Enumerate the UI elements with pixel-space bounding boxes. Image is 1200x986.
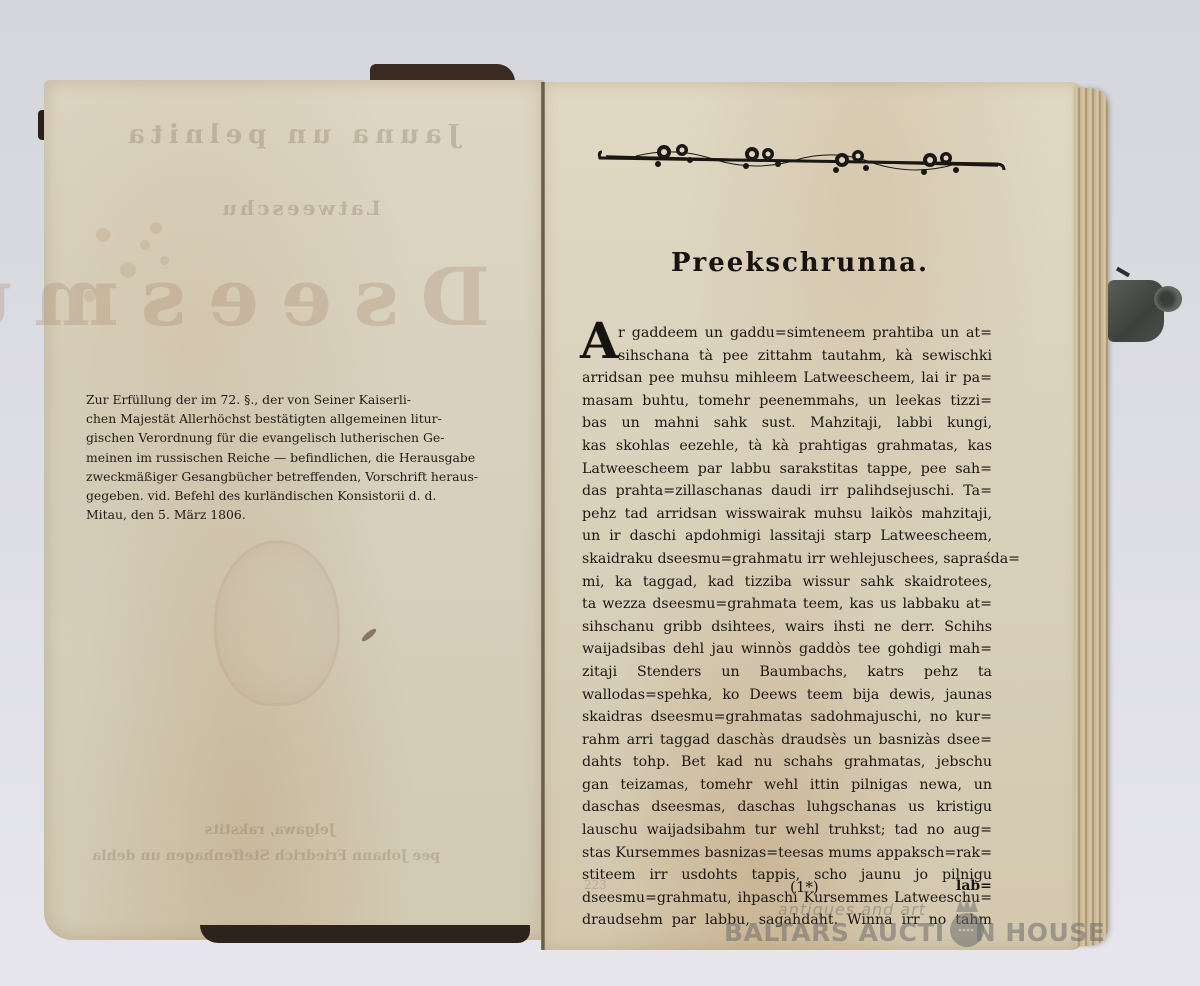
book-gutter <box>541 82 545 950</box>
text-line: bas un mahni sahk sust. Mahzitaji, labbi… <box>582 412 992 435</box>
text-line: ta wezza dseesmu=grahmata teem, kas us l… <box>582 593 992 616</box>
text-line: sihschanu gribb dsihtees, wairs ihsti ne… <box>582 616 992 639</box>
text-line: das prahta=zillaschanas daudi irr palihd… <box>582 480 992 503</box>
note-line: meinen im russischen Reiche — befindlich… <box>86 448 490 467</box>
text-line: skaidras dseesmu=grahmatas sadohmajuschi… <box>582 706 992 729</box>
censorship-note: Zur Erfüllung der im 72. §., der von Sei… <box>86 390 490 524</box>
text-line: un ir daschi apdohmigi lassitaji starp L… <box>582 525 992 548</box>
text-line: dahts tohp. Bet kad nu schahs grahmatas,… <box>582 751 992 774</box>
watermark-name-part-1: BALTARS AUCTI <box>724 918 945 947</box>
text-line: r gaddeem un gaddu=simteneem prahtiba un… <box>582 322 992 345</box>
text-line: stiteem irr usdohts tappis, scho jaunu j… <box>582 864 992 887</box>
show-through-heading: Jauna un pelnita <box>130 120 460 150</box>
show-through-imprint-1: Jelgawa, rakstits <box>170 822 370 838</box>
watermark-name: BALTARS AUCTIN HOUSE <box>724 918 1105 947</box>
watermark-name-part-2: N HOUSE <box>975 918 1106 947</box>
catchword: lab= <box>956 878 992 894</box>
text-line: mi, ka taggad, kad tizziba wissur sahk s… <box>582 571 992 594</box>
crowned-globe-logo-icon <box>948 896 986 950</box>
text-line: daschas dseesmas, daschas luhgschanas us… <box>582 796 992 819</box>
text-line: pehz tad arridsan wisswairak muhsu laikò… <box>582 503 992 526</box>
note-line: Zur Erfüllung der im 72. §., der von Sei… <box>86 390 490 409</box>
text-line: masam buhtu, tomehr peenemmahs, un leeka… <box>582 390 992 413</box>
show-through-emblem <box>214 540 340 706</box>
metal-clasp <box>1106 266 1182 344</box>
text-line: Latweescheem par labbu sarakstitas tappe… <box>582 458 992 481</box>
text-line: zitaji Stenders un Baumbachs, katrs pehz… <box>582 661 992 684</box>
foxing-stain <box>140 240 150 250</box>
note-line: Mitau, den 5. März 1806. <box>86 505 490 524</box>
text-line: arridsan pee muhsu mihleem Latweescheem,… <box>582 367 992 390</box>
foxing-stain <box>96 228 110 242</box>
open-book-photo: Jauna un pelnita Latweeschu Dseesmu Jelg… <box>0 0 1200 986</box>
text-line: gan teizamas, tomehr wehl ittin pilnigas… <box>582 774 992 797</box>
faint-page-number: 223 <box>584 878 607 892</box>
show-through-subheading: Latweeschu <box>200 196 400 220</box>
text-line: lauschu waijadsibahm tur wehl truhkst; t… <box>582 819 992 842</box>
watermark-tagline: antiques and art <box>778 900 926 919</box>
text-line: wallodas=spehka, ko Deews teem bija dewi… <box>582 684 992 707</box>
book-cover-bottom-edge <box>200 925 530 943</box>
show-through-title: Dseesmu <box>90 250 490 344</box>
preface-body-text: r gaddeem un gaddu=simteneem prahtiba un… <box>582 322 992 932</box>
show-through-imprint-2: pee Johann Friedrich Steffenhagen un deh… <box>110 848 440 864</box>
note-line: gegeben. vid. Befehl des kurländischen K… <box>86 486 490 505</box>
note-line: chen Majestät Allerhöchst bestätigten al… <box>86 409 490 428</box>
text-line: rahm arri taggad daschàs draudsès un bas… <box>582 729 992 752</box>
text-line: kas skohlas eezehle, tà kà prahtigas gra… <box>582 435 992 458</box>
foxing-stain <box>150 222 162 234</box>
note-line: zweckmäßiger Gesangbücher betreffenden, … <box>86 467 490 486</box>
text-line: sihschana tà pee zittahm tautahm, kà sew… <box>582 345 992 368</box>
text-line: skaidraku dseesmu=grahmatu irr wehlejusc… <box>582 548 992 571</box>
text-line: stas Kursemmes basnizas=teesas mums appa… <box>582 842 992 865</box>
text-line: waijadsibas dehl jau winnòs gaddòs tee g… <box>582 638 992 661</box>
page-title: Preekschrunna. <box>600 248 1000 278</box>
floral-vine-ornament-icon <box>596 138 1008 182</box>
signature-mark: (1*) <box>790 878 819 896</box>
note-line: gischen Verordnung für die evangelisch l… <box>86 428 490 447</box>
page-block-edges <box>1074 88 1108 946</box>
